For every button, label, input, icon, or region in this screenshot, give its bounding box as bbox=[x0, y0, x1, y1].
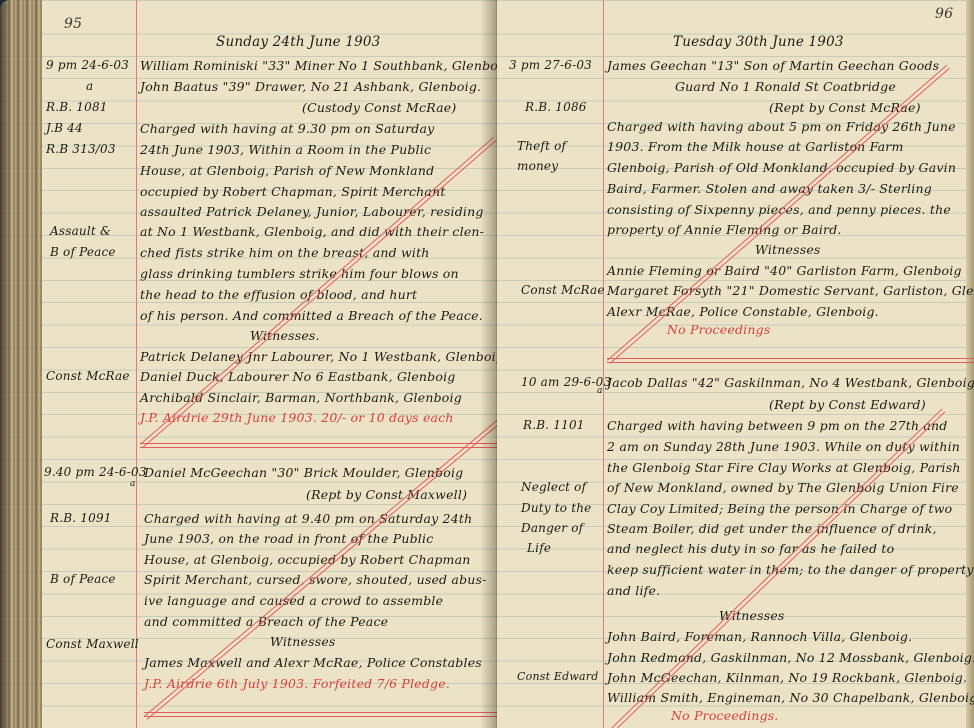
reporting-officer: Const Maxwell bbox=[46, 637, 139, 651]
witness-line: Alexr McRae, Police Constable, Glenboig. bbox=[607, 304, 879, 319]
accused-line: Daniel McGeechan "30" Brick Moulder, Gle… bbox=[144, 465, 463, 480]
left-page: 95 Sunday 24th June 1903 9 pm 24-6-03 a … bbox=[0, 0, 497, 728]
charge-line: Glenboig, Parish of Old Monkland, occupi… bbox=[607, 160, 956, 175]
charge-line: 24th June 1903, Within a Room in the Pub… bbox=[140, 142, 431, 157]
reference-number: R.B. 1101 bbox=[523, 418, 585, 432]
open-ledger-book: 95 Sunday 24th June 1903 9 pm 24-6-03 a … bbox=[0, 0, 974, 728]
time-reference-suffix: a bbox=[130, 479, 136, 489]
reference-number: J.B 44 bbox=[46, 121, 83, 135]
reference-number: R.B. 1086 bbox=[525, 100, 587, 114]
offence-label: Life bbox=[527, 541, 551, 555]
charge-line: the Glenboig Star Fire Clay Works at Gle… bbox=[607, 460, 961, 475]
time-reference: 9.40 pm 24-6-03 bbox=[44, 465, 147, 479]
reference-number: R.B 313/03 bbox=[46, 142, 116, 156]
page-number: 95 bbox=[64, 16, 82, 32]
entry-divider bbox=[607, 358, 974, 363]
outcome-note: No Proceedings. bbox=[671, 708, 779, 723]
time-reference: 9 pm 24-6-03 bbox=[46, 58, 129, 72]
charge-line: of his person. And committed a Breach of… bbox=[140, 308, 483, 323]
accused-line: Guard No 1 Ronald St Coatbridge bbox=[675, 79, 896, 94]
date-heading: Tuesday 30th June 1903 bbox=[673, 34, 844, 50]
accused-line: Jacob Dallas "42" Gaskilnman, No 4 Westb… bbox=[607, 375, 974, 390]
charge-line: Steam Boiler, did get under the influenc… bbox=[607, 521, 937, 536]
charge-line: and neglect his duty in so far as he fai… bbox=[607, 541, 894, 556]
custody-note: (Custody Const McRae) bbox=[302, 100, 456, 115]
charge-line: at No 1 Westbank, Glenboig, and did with… bbox=[140, 224, 484, 239]
reporting-officer: Const McRae bbox=[46, 369, 130, 383]
charge-line: property of Annie Fleming or Baird. bbox=[607, 222, 842, 237]
witnesses-heading: Witnesses bbox=[270, 634, 336, 649]
time-reference-suffix: a bbox=[86, 79, 93, 93]
offence-label: Danger of bbox=[521, 521, 583, 535]
offence-label: money bbox=[517, 159, 558, 173]
witness-line: Patrick Delaney Jnr Labourer, No 1 Westb… bbox=[140, 349, 497, 364]
charge-line: Baird, Farmer. Stolen and away taken 3/-… bbox=[607, 181, 932, 196]
charge-line: of New Monkland, owned by The Glenboig U… bbox=[607, 480, 959, 495]
reporting-officer: Const Edward bbox=[517, 670, 598, 683]
outcome-note: No Proceedings bbox=[667, 322, 770, 337]
charge-line: Charged with having between 9 pm on the … bbox=[607, 418, 948, 433]
page-number: 96 bbox=[935, 6, 953, 22]
charge-line: Charged with having about 5 pm on Friday… bbox=[607, 119, 956, 134]
margin-rule bbox=[136, 0, 137, 728]
time-reference-suffix: a bbox=[597, 386, 603, 396]
outcome-note: J.P. Airdrie 29th June 1903. 20/- or 10 … bbox=[140, 410, 454, 425]
reporting-officer: Const McRae bbox=[521, 283, 605, 297]
offence-label: B of Peace bbox=[50, 245, 116, 259]
entry-divider bbox=[140, 443, 497, 448]
charge-line: the head to the effusion of blood, and h… bbox=[140, 287, 417, 302]
charge-line: Charged with having at 9.40 pm on Saturd… bbox=[144, 511, 472, 526]
charge-line: Charged with having at 9.30 pm on Saturd… bbox=[140, 121, 434, 136]
charge-line: House, at Glenboig, occupied by Robert C… bbox=[144, 552, 471, 567]
charge-line: assaulted Patrick Delaney, Junior, Labou… bbox=[140, 204, 484, 219]
entry-divider bbox=[144, 712, 497, 717]
time-reference: 3 pm 27-6-03 bbox=[509, 58, 592, 72]
reference-number: R.B. 1081 bbox=[46, 100, 108, 114]
accused-line: James Geechan "13" Son of Martin Geechan… bbox=[607, 58, 939, 73]
charge-line: occupied by Robert Chapman, Spirit Merch… bbox=[140, 184, 446, 199]
witness-line: John Baird, Foreman, Rannoch Villa, Glen… bbox=[607, 629, 912, 644]
witness-line: Daniel Duck, Labourer No 6 Eastbank, Gle… bbox=[140, 369, 456, 384]
custody-note: (Rept by Const Maxwell) bbox=[306, 487, 467, 502]
witness-line: Annie Fleming or Baird "40" Garliston Fa… bbox=[607, 263, 962, 278]
witness-line: James Maxwell and Alexr McRae, Police Co… bbox=[144, 655, 482, 670]
witnesses-heading: Witnesses bbox=[755, 242, 821, 257]
offence-label: Duty to the bbox=[521, 501, 591, 515]
witness-line: William Smith, Engineman, No 30 Chapelba… bbox=[607, 690, 974, 705]
reference-number: R.B. 1091 bbox=[50, 511, 112, 525]
charge-line: June 1903, on the road in front of the P… bbox=[144, 531, 433, 546]
date-heading: Sunday 24th June 1903 bbox=[216, 34, 380, 50]
margin-rule bbox=[603, 0, 604, 728]
charge-line: glass drinking tumblers strike him four … bbox=[140, 266, 459, 281]
cancellation-strike bbox=[144, 417, 497, 720]
charge-line: Clay Coy Limited; Being the person in Ch… bbox=[607, 501, 952, 516]
accused-line: John Baatus "39" Drawer, No 21 Ashbank, … bbox=[140, 79, 481, 94]
custody-note: (Rept by Const Edward) bbox=[769, 397, 926, 412]
charge-line: House, at Glenboig, Parish of New Monkla… bbox=[140, 163, 434, 178]
charge-line: keep sufficient water in them; to the da… bbox=[607, 562, 974, 577]
charge-line: and life. bbox=[607, 583, 660, 598]
offence-label: B of Peace bbox=[50, 572, 116, 586]
accused-line: William Rominiski "33" Miner No 1 Southb… bbox=[140, 58, 497, 73]
witness-line: Margaret Forsyth "21" Domestic Servant, … bbox=[607, 283, 974, 298]
page-edges-stack bbox=[0, 0, 42, 728]
charge-line: ched fists strike him on the breast, and… bbox=[140, 245, 430, 260]
witness-line: John Redmond, Gaskilnman, No 12 Mossbank… bbox=[607, 650, 974, 665]
offence-label: Neglect of bbox=[521, 480, 586, 494]
offence-label: Assault & bbox=[50, 224, 111, 238]
page-edge bbox=[966, 0, 974, 728]
offence-label: Theft of bbox=[517, 139, 566, 153]
right-page: 96 Tuesday 30th June 1903 3 pm 27-6-03 J… bbox=[497, 0, 974, 728]
